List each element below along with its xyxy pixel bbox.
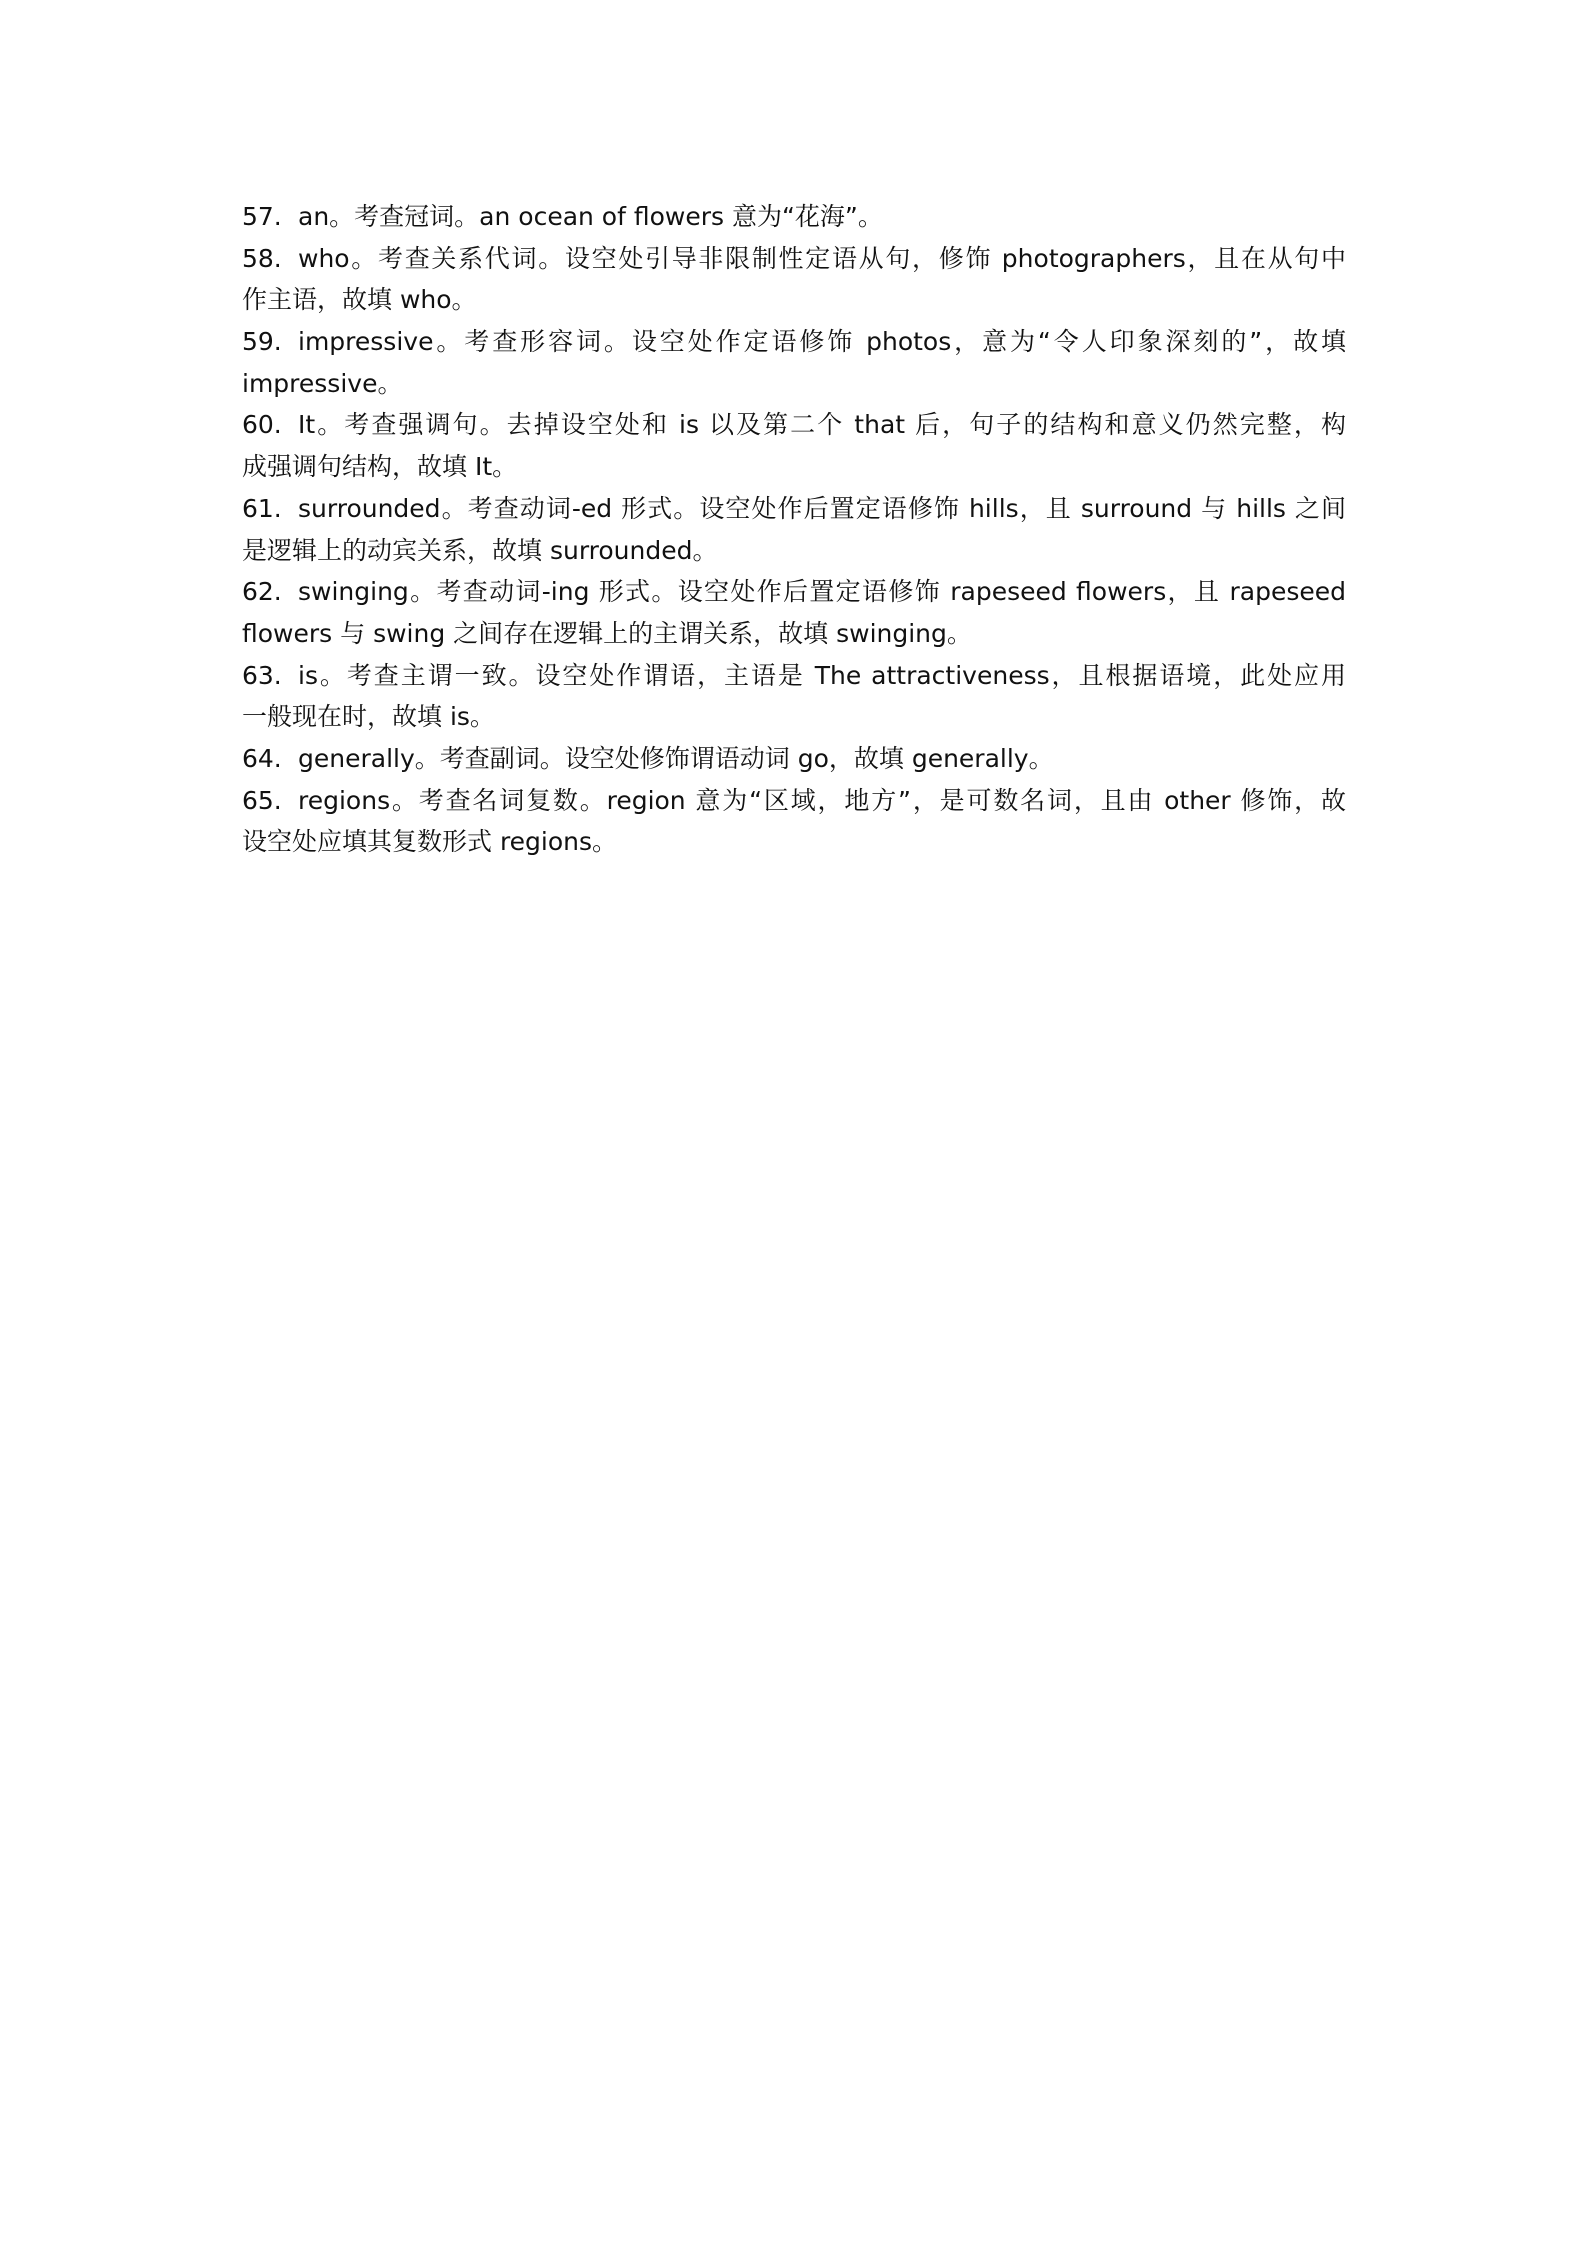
answer-number: 62.: [242, 571, 298, 613]
answer-line: 59.impressive。考查形容词。设空处作定语修饰 photos，意为“令…: [242, 321, 1346, 363]
document-page: 57.an。考查冠词。an ocean of flowers 意为“花海”。 5…: [0, 0, 1587, 2245]
answer-line: 65.regions。考查名词复数。region 意为“区域，地方”，是可数名词…: [242, 780, 1346, 822]
answer-line: 60.It。考查强调句。去掉设空处和 is 以及第二个 that 后，句子的结构…: [242, 404, 1346, 446]
answer-text: who。考查关系代词。设空处引导非限制性定语从句，修饰 photographer…: [298, 244, 1346, 273]
answer-text: swinging。考查动词-ing 形式。设空处作后置定语修饰 rapeseed…: [298, 577, 1346, 606]
answer-line: 57.an。考查冠词。an ocean of flowers 意为“花海”。: [242, 196, 1346, 238]
answer-line-continued: 设空处应填其复数形式 regions。: [242, 821, 1346, 863]
answer-text: surrounded。考查动词-ed 形式。设空处作后置定语修饰 hills，且…: [298, 494, 1346, 523]
answer-line-continued: flowers 与 swing 之间存在逻辑上的主谓关系，故填 swinging…: [242, 613, 1346, 655]
answer-number: 59.: [242, 321, 298, 363]
answer-number: 58.: [242, 238, 298, 280]
answer-text: an。考查冠词。an ocean of flowers 意为“花海”。: [298, 202, 883, 231]
answer-text: impressive。考查形容词。设空处作定语修饰 photos，意为“令人印象…: [298, 327, 1346, 356]
answer-line: 61.surrounded。考查动词-ed 形式。设空处作后置定语修饰 hill…: [242, 488, 1346, 530]
answer-58: 58.who。考查关系代词。设空处引导非限制性定语从句，修饰 photograp…: [242, 238, 1346, 321]
answer-64: 64.generally。考查副词。设空处修饰谓语动词 go，故填 genera…: [242, 738, 1346, 780]
answer-60: 60.It。考查强调句。去掉设空处和 is 以及第二个 that 后，句子的结构…: [242, 404, 1346, 487]
answer-text: It。考查强调句。去掉设空处和 is 以及第二个 that 后，句子的结构和意义…: [298, 410, 1346, 439]
answer-line-continued: impressive。: [242, 363, 1346, 405]
answer-57: 57.an。考查冠词。an ocean of flowers 意为“花海”。: [242, 196, 1346, 238]
answer-text: regions。考查名词复数。region 意为“区域，地方”，是可数名词，且由…: [298, 786, 1346, 815]
answer-number: 60.: [242, 404, 298, 446]
answer-65: 65.regions。考查名词复数。region 意为“区域，地方”，是可数名词…: [242, 780, 1346, 863]
answer-line-continued: 是逻辑上的动宾关系，故填 surrounded。: [242, 530, 1346, 572]
answer-line: 58.who。考查关系代词。设空处引导非限制性定语从句，修饰 photograp…: [242, 238, 1346, 280]
answer-number: 61.: [242, 488, 298, 530]
answer-text: generally。考查副词。设空处修饰谓语动词 go，故填 generally…: [298, 744, 1054, 773]
answer-63: 63.is。考查主谓一致。设空处作谓语，主语是 The attractivene…: [242, 655, 1346, 738]
answer-line: 62.swinging。考查动词-ing 形式。设空处作后置定语修饰 rapes…: [242, 571, 1346, 613]
answer-line-continued: 作主语，故填 who。: [242, 279, 1346, 321]
answer-text: is。考查主谓一致。设空处作谓语，主语是 The attractiveness，…: [298, 661, 1346, 690]
answer-59: 59.impressive。考查形容词。设空处作定语修饰 photos，意为“令…: [242, 321, 1346, 404]
answer-number: 57.: [242, 196, 298, 238]
answer-number: 63.: [242, 655, 298, 697]
answer-line-continued: 成强调句结构，故填 It。: [242, 446, 1346, 488]
answer-line-continued: 一般现在时，故填 is。: [242, 696, 1346, 738]
answer-number: 64.: [242, 738, 298, 780]
answer-61: 61.surrounded。考查动词-ed 形式。设空处作后置定语修饰 hill…: [242, 488, 1346, 571]
answer-number: 65.: [242, 780, 298, 822]
answer-key-body: 57.an。考查冠词。an ocean of flowers 意为“花海”。 5…: [242, 196, 1346, 863]
answer-62: 62.swinging。考查动词-ing 形式。设空处作后置定语修饰 rapes…: [242, 571, 1346, 654]
answer-line: 63.is。考查主谓一致。设空处作谓语，主语是 The attractivene…: [242, 655, 1346, 697]
answer-line: 64.generally。考查副词。设空处修饰谓语动词 go，故填 genera…: [242, 738, 1346, 780]
